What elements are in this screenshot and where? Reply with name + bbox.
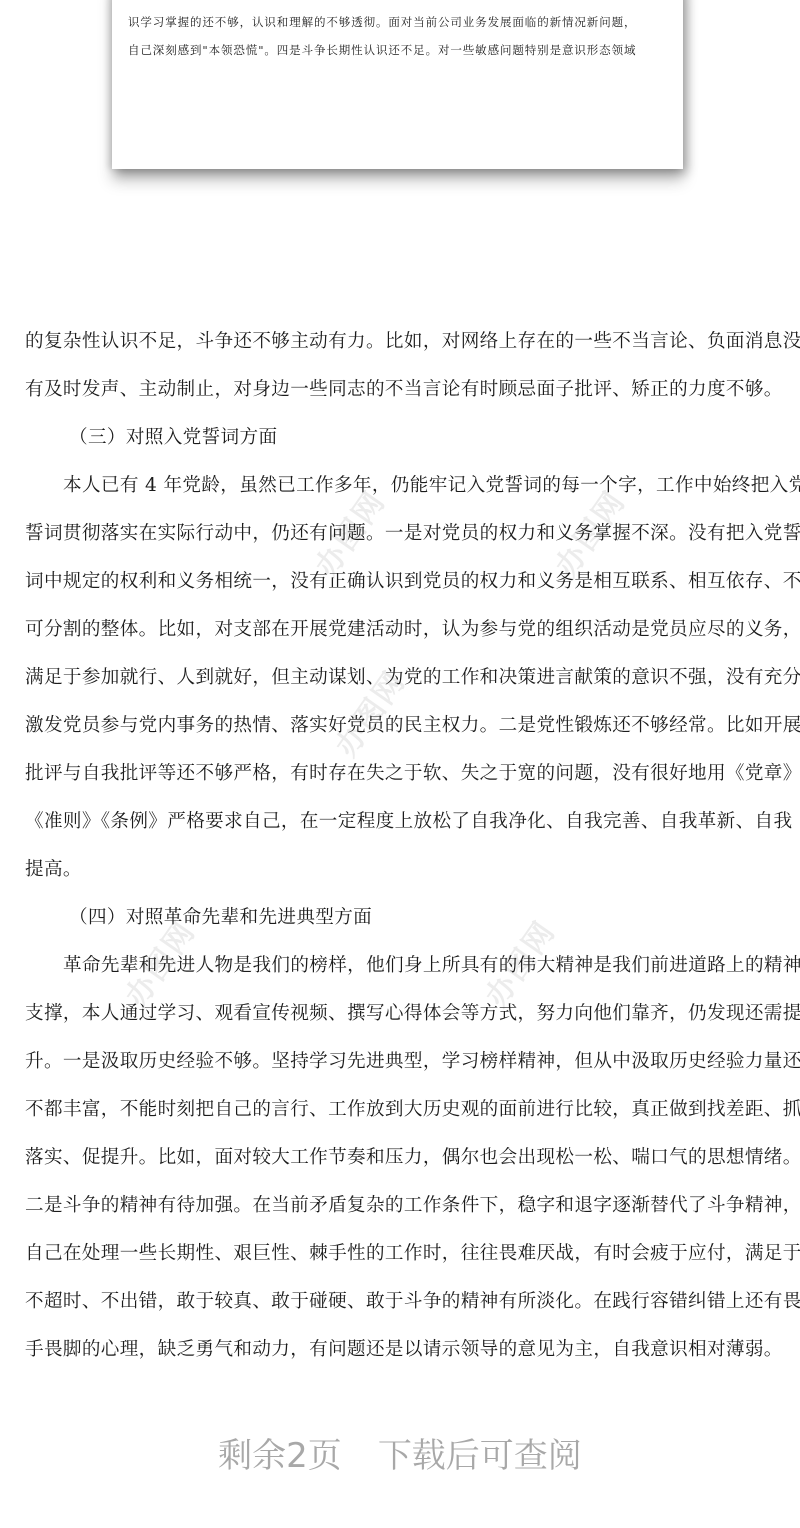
paragraph-line: 词中规定的权利和义务相统一，没有正确认识到党员的权力和义务是相互联系、相互依存、… <box>25 566 777 614</box>
preview-text-line: 识学习掌握的还不够，认识和理解的不够透彻。面对当前公司业务发展面临的新情况新问题… <box>128 14 668 30</box>
paragraph-line: 满足于参加就行、人到就好，但主动谋划、为党的工作和决策进言献策的意识不强，没有充… <box>25 662 777 710</box>
paragraph-line: 《准则》《条例》严格要求自己，在一定程度上放松了自我净化、自我完善、自我革新、自… <box>25 806 777 854</box>
paragraph-line: 自己在处理一些长期性、艰巨性、棘手性的工作时，往往畏难厌战，有时会疲于应付，满足… <box>25 1238 777 1286</box>
document-body: 的复杂性认识不足，斗争还不够主动有力。比如，对网络上存在的一些不当言论、负面消息… <box>25 326 777 1382</box>
paragraph-line: 批评与自我批评等还不够严格，有时存在失之于软、失之于宽的问题，没有很好地用《党章… <box>25 758 777 806</box>
paragraph-line: 升。一是汲取历史经验不够。坚持学习先进典型，学习榜样精神，但从中汲取历史经验力量… <box>25 1046 777 1094</box>
paragraph-line: 的复杂性认识不足，斗争还不够主动有力。比如，对网络上存在的一些不当言论、负面消息… <box>25 326 777 374</box>
paragraph-line: 激发党员参与党内事务的热情、落实好党员的民主权力。二是党性锻炼还不够经常。比如开… <box>25 710 777 758</box>
paragraph-line: 手畏脚的心理，缺乏勇气和动力，有问题还是以请示领导的意见为主，自我意识相对薄弱。 <box>25 1334 777 1382</box>
paragraph-line: 二是斗争的精神有待加强。在当前矛盾复杂的工作条件下，稳字和退字逐渐替代了斗争精神… <box>25 1190 777 1238</box>
preview-text-line: 自己深刻感到"本领恐慌"。四是斗争长期性认识还不足。对一些敏感问题特别是意识形态… <box>128 42 668 58</box>
paragraph-line: 不都丰富，不能时刻把自己的言行、工作放到大历史观的面前进行比较，真正做到找差距、… <box>25 1094 777 1142</box>
paragraph-line: 有及时发声、主动制止，对身边一些同志的不当言论有时顾忌面子批评、矫正的力度不够。 <box>25 374 777 422</box>
remaining-pages-notice[interactable]: 剩余2页下载后可查阅 <box>0 1428 800 1477</box>
paragraph-line: 誓词贯彻落实在实际行动中，仍还有问题。一是对党员的权力和义务掌握不深。没有把入党… <box>25 518 777 566</box>
paragraph-line: 革命先辈和先进人物是我们的榜样，他们身上所具有的伟大精神是我们前进道路上的精神 <box>25 950 777 998</box>
paragraph-line: 支撑，本人通过学习、观看宣传视频、撰写心得体会等方式，努力向他们靠齐，仍发现还需… <box>25 998 777 1046</box>
section-heading: （四）对照革命先辈和先进典型方面 <box>25 902 777 950</box>
preview-page-card: 识学习掌握的还不够，认识和理解的不够透彻。面对当前公司业务发展面临的新情况新问题… <box>112 0 683 169</box>
section-heading: （三）对照入党誓词方面 <box>25 422 777 470</box>
paragraph-line: 本人已有 4 年党龄，虽然已工作多年，仍能牢记入党誓词的每一个字，工作中始终把入… <box>25 470 777 518</box>
paragraph-line: 可分割的整体。比如，对支部在开展党建活动时，认为参与党的组织活动是党员应尽的义务… <box>25 614 777 662</box>
paragraph-line: 提高。 <box>25 854 777 902</box>
remaining-pages-label: 剩余2页 <box>218 1428 342 1477</box>
paragraph-line: 不超时、不出错，敢于较真、敢于碰硬、敢于斗争的精神有所淡化。在践行容错纠错上还有… <box>25 1286 777 1334</box>
download-hint-label: 下载后可查阅 <box>378 1428 582 1477</box>
paragraph-line: 落实、促提升。比如，面对较大工作节奏和压力，偶尔也会出现松一松、喘口气的思想情绪… <box>25 1142 777 1190</box>
